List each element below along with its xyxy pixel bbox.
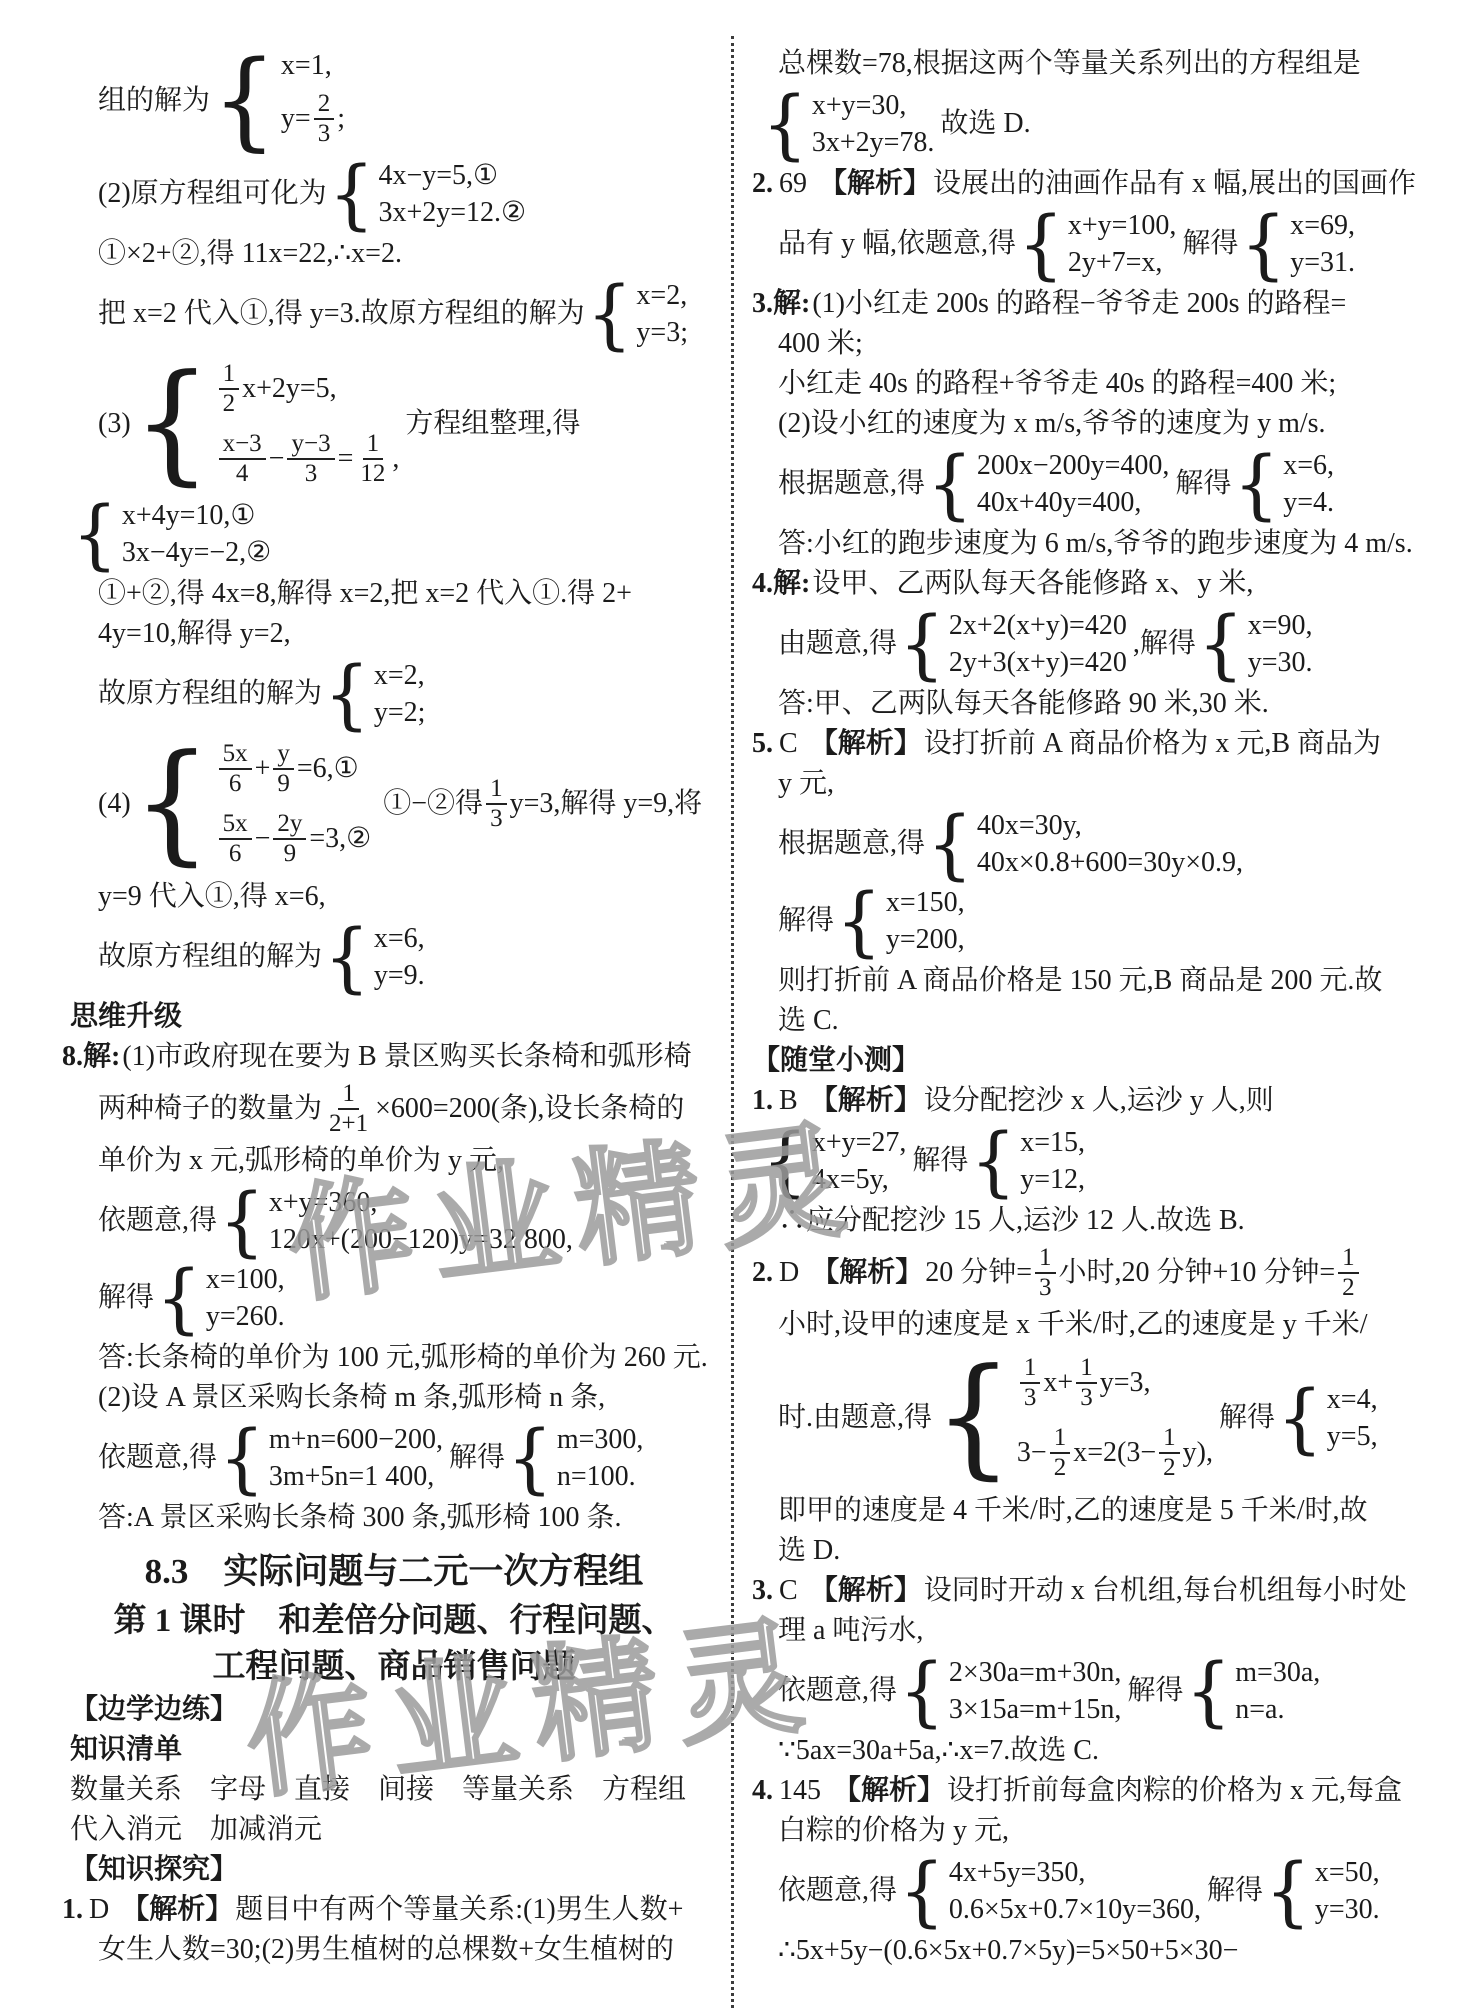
solution-row: 时.由题意,得 13 x+ 13 y=3, 3− 12 x=2(3− 12 y)… [752, 1348, 1442, 1488]
equation-system: x=69, y=31. [1240, 207, 1355, 281]
equation: 13 x+ 13 y=3, [1017, 1354, 1151, 1412]
fraction: 13 [1020, 1354, 1041, 1412]
text-segment: 小时,20 分钟+10 分钟= [1059, 1253, 1336, 1293]
fraction-numerator: 1 [1076, 1354, 1097, 1384]
equation-system: 5x6 + y9 =6,① 5x6 − 2y9 =3,② [133, 734, 372, 874]
text-line: ①+②,得 4x=8,解得 x=2,把 x=2 代入①.得 2+ [62, 574, 726, 614]
text-line: 400 米; [752, 324, 1442, 364]
answer-line: 答:A 景区采购长条椅 300 条,弧形椅 100 条. [62, 1498, 726, 1538]
text-line: 选 C. [752, 1001, 1442, 1041]
solution-row: 由题意,得 2x+2(x+y)=420 2y+3(x+y)=420 ,解得 x=… [752, 607, 1442, 681]
lead-text: 故原方程组的解为 [98, 937, 322, 977]
lead-text: 依题意,得 [98, 1438, 217, 1478]
equation: n=100. [557, 1458, 636, 1495]
text-segment: (1)小红走 200s 的路程−爷爷走 200s 的路程= [812, 288, 1346, 319]
mid-text: 解得 [1219, 1398, 1275, 1438]
answer-letter: C [779, 1575, 798, 1606]
text-segment: 20 分钟= [925, 1253, 1032, 1293]
equation: x=2, [374, 657, 425, 694]
fraction-denominator: 3 [1076, 1384, 1097, 1412]
mid-text: 解得 [912, 1141, 968, 1181]
lead-text: (2)原方程组可化为 [98, 174, 327, 214]
fraction-denominator: 9 [280, 840, 301, 868]
item-number: 2. [752, 1253, 773, 1293]
item-number: 8. [62, 1041, 83, 1072]
item-row: 2.D【解析】 20 分钟= 13 小时,20 分钟+10 分钟= 12 [752, 1244, 1442, 1302]
fraction-numerator: 1 [1338, 1244, 1359, 1274]
fraction-numerator: 5x [219, 740, 252, 770]
bracket-label: 【边学边练】 [62, 1690, 726, 1730]
solution-row: 把 x=2 代入①,得 y=3.故原方程组的解为 x=2, y=3; [62, 277, 726, 351]
equation: x+y=360, [269, 1184, 378, 1221]
fraction-numerator: 1 [486, 775, 507, 805]
text-line: 理 a 吨污水, [752, 1611, 1442, 1651]
fraction: y9 [273, 740, 294, 798]
equation-system: 2×30a=m+30n, 3×15a=m+15n, [899, 1654, 1121, 1728]
text-line: 即甲的速度是 4 千米/时,乙的速度是 5 千米/时,故 [752, 1491, 1442, 1531]
equation-system: x=2, y=2; [324, 657, 425, 731]
equation: 3− 12 x=2(3− 12 y), [1017, 1424, 1213, 1482]
equation: x=1, [281, 47, 332, 84]
fill-in-answers: 代入消元 加减消元 [62, 1810, 726, 1850]
equation: y=30. [1315, 1891, 1380, 1928]
solution-row: 故原方程组的解为 x=2, y=2; [62, 657, 726, 731]
lead-text: 故原方程组的解为 [98, 674, 322, 714]
text-segment: − [255, 824, 271, 855]
fraction: x−34 [219, 430, 266, 488]
text-line: ①×2+②,得 11x=22,∴x=2. [62, 234, 726, 274]
fraction-denominator: 2 [219, 390, 240, 418]
text-segment: x+2y=5, [242, 374, 337, 405]
text-line: ∴应分配挖沙 15 人,运沙 12 人.故选 B. [752, 1201, 1442, 1241]
answer-letter: B [779, 1085, 798, 1116]
mid-text: 解得 [1207, 1871, 1263, 1911]
text-segment: y=3, [1100, 1368, 1151, 1399]
equation-system: x+y=360, 120x+(200−120)y=32 800, [219, 1184, 573, 1258]
lead-text: 把 x=2 代入①,得 y=3.故原方程组的解为 [98, 294, 585, 334]
solution-row: (4) 5x6 + y9 =6,① 5x6 − 2y9 =3,② ①−②得 13 [62, 734, 726, 874]
column-right: 总棵数=78,根据这两个等量关系列出的方程组是 x+y=30, 3x+2y=78… [752, 44, 1442, 1971]
fraction-denominator: 3 [486, 805, 507, 833]
equation-system: x+y=30, 3x+2y=78. [762, 87, 934, 161]
fraction-numerator: 1 [219, 360, 240, 390]
text-segment: 设甲、乙两队每天各能修路 x、y 米, [812, 568, 1253, 599]
lead-text: 解得 [98, 1278, 154, 1318]
fraction-denominator: 3 [301, 460, 322, 488]
trail-text: ①−②得 13 y=3,解得 y=9,将 [383, 775, 702, 833]
fill-in-answers: 数量关系 字母 直接 间接 等量关系 方程组 [62, 1770, 726, 1810]
lesson-heading-cont: 工程问题、商品销售问题 [62, 1644, 726, 1690]
analysis-tag: 【解析】 [121, 1894, 233, 1925]
analysis-tag: 【解析】 [810, 1085, 922, 1116]
fraction-numerator: 1 [338, 1080, 359, 1110]
text-segment: 3− [1017, 1438, 1047, 1469]
fraction: 12 [1159, 1424, 1180, 1482]
solution-row: 依题意,得 x+y=360, 120x+(200−120)y=32 800, [62, 1184, 726, 1258]
item-line: 2.69【解析】设展出的油画作品有 x 幅,展出的国画作 [752, 164, 1442, 204]
fraction: 12+1 [325, 1080, 372, 1138]
analysis-tag: 【解析】 [819, 168, 931, 199]
equation: m=300, [557, 1421, 644, 1458]
equation-system: m+n=600−200, 3m+5n=1 400, [219, 1421, 443, 1495]
bracket-label: 【随堂小测】 [752, 1041, 1442, 1081]
equation: y=12, [1020, 1161, 1085, 1198]
equation: y=30. [1248, 644, 1313, 681]
answer-line: 答:小红的跑步速度为 6 m/s,爷爷的跑步速度为 4 m/s. [752, 524, 1442, 564]
equation: 5x6 − 2y9 =3,② [216, 810, 372, 868]
analysis-tag: 【解析】 [811, 1253, 923, 1293]
text-segment: ①−②得 [383, 784, 483, 824]
text-segment: 设打折前 A 商品价格为 x 元,B 商品为 [924, 728, 1381, 759]
equation: x=6, [1283, 447, 1334, 484]
fraction-numerator: 2 [314, 90, 335, 120]
equation: x=50, [1315, 1854, 1380, 1891]
mid-text: 解得 [1182, 224, 1238, 264]
equation: 40x×0.8+600=30y×0.9, [977, 844, 1243, 881]
fraction: 112 [356, 430, 389, 488]
equation-system: x=100, y=260. [156, 1261, 285, 1335]
text-segment: y=3,解得 y=9,将 [510, 784, 703, 824]
equation: 2x+2(x+y)=420 [949, 607, 1127, 644]
equation: 120x+(200−120)y=32 800, [269, 1221, 573, 1258]
text-segment: − [269, 444, 285, 475]
fraction: 13 [1035, 1244, 1056, 1302]
equation: m=30a, [1235, 1654, 1320, 1691]
text-line: 总棵数=78,根据这两个等量关系列出的方程组是 [752, 44, 1442, 84]
text-line: (2)设 A 景区采购长条椅 m 条,弧形椅 n 条, [62, 1378, 726, 1418]
equation-system: 4x−y=5,① 3x+2y=12.② [329, 157, 527, 231]
equation: 40x+40y=400, [977, 484, 1142, 521]
equation-system: x+4y=10,① 3x−4y=−2,② [72, 497, 271, 571]
text-line: y 元, [752, 764, 1442, 804]
fraction: 13 [1076, 1354, 1097, 1412]
equation: 3x+2y=12.② [378, 194, 526, 231]
text-line: 白粽的价格为 y 元, [752, 1811, 1442, 1851]
answer-value: 69 [779, 168, 807, 199]
equation: 3m+5n=1 400, [269, 1458, 434, 1495]
analysis-tag: 【解析】 [810, 728, 922, 759]
equation-system: 200x−200y=400, 40x+40y=400, [927, 447, 1169, 521]
answer-line: 答:长条椅的单价为 100 元,弧形椅的单价为 260 元. [62, 1338, 726, 1378]
item-number: 2. [752, 168, 773, 199]
equation: 4x−y=5,① [378, 157, 498, 194]
text-line: 女生人数=30;(2)男生植树的总棵数+女生植树的 [62, 1930, 726, 1970]
equation: y=260. [206, 1298, 285, 1335]
equation: 2y+7=x, [1068, 244, 1163, 281]
equation-system: x+y=27, 4x=5y, [762, 1124, 906, 1198]
fraction-numerator: 1 [1159, 1424, 1180, 1454]
lead-text: 依题意,得 [778, 1671, 897, 1711]
equation-system: 13 x+ 13 y=3, 3− 12 x=2(3− 12 y), [934, 1348, 1213, 1488]
text-segment: ; [337, 104, 345, 135]
fraction-denominator: 2 [1159, 1454, 1180, 1482]
solution-row: (3) 12 x+2y=5, x−34 − y−33 = 112 , 方程组整理… [62, 354, 726, 494]
item-line: 5.C【解析】设打折前 A 商品价格为 x 元,B 商品为 [752, 724, 1442, 764]
equation: y=31. [1290, 244, 1355, 281]
text-line: 则打折前 A 商品价格是 150 元,B 商品是 200 元.故 [752, 961, 1442, 1001]
lead-text: 依题意,得 [98, 1201, 217, 1241]
lead-text: 根据题意,得 [778, 824, 925, 864]
section-heading: 8.3 实际问题与二元一次方程组 [62, 1546, 726, 1598]
lead-text: (3) [98, 404, 131, 444]
solution-row: 解得 x=100, y=260. [62, 1261, 726, 1335]
equation: y=4. [1283, 484, 1334, 521]
answer-line: 答:甲、乙两队每天各能修路 90 米,30 米. [752, 684, 1442, 724]
text-line: y=9 代入①,得 x=6, [62, 877, 726, 917]
solution-row: 解得 x=150, y=200, [752, 884, 1442, 958]
text-line: (2)设小红的速度为 x m/s,爷爷的速度为 y m/s. [752, 404, 1442, 444]
lead-text: 两种椅子的数量为 [98, 1089, 322, 1129]
item-number: 5. [752, 728, 773, 759]
equation-system: x=6, y=4. [1233, 447, 1334, 521]
lead-text: (4) [98, 784, 131, 824]
equation-system: x=6, y=9. [324, 920, 425, 994]
equation: y=3; [636, 314, 688, 351]
fraction: 5x6 [219, 810, 252, 868]
subsection-label: 思维升级 [62, 997, 726, 1037]
fraction-denominator: 3 [314, 120, 335, 148]
column-left: 组的解为 x=1, y= 23 ; (2)原方程组可化为 4x−y=5,① 3x… [62, 44, 726, 1970]
fraction-numerator: 1 [363, 430, 384, 460]
fraction: 12 [219, 360, 240, 418]
item-number: 1. [62, 1894, 83, 1925]
text-segment: + [255, 754, 271, 785]
answer-letter: D [89, 1894, 109, 1925]
text-segment: x+ [1043, 1368, 1073, 1399]
trail-text: 方程组整理,得 [405, 404, 580, 444]
text-segment: =6,① [297, 754, 359, 785]
equation: x=90, [1248, 607, 1313, 644]
text-segment: 设展出的油画作品有 x 幅,展出的国画作 [933, 168, 1416, 199]
mid-text: 解得 [1175, 464, 1231, 504]
solution-row: 根据题意,得 200x−200y=400, 40x+40y=400, 解得 x=… [752, 447, 1442, 521]
equation: 0.6×5x+0.7×10y=360, [949, 1891, 1201, 1928]
mid-text: 解得 [449, 1438, 505, 1478]
text-segment: 设分配挖沙 x 人,运沙 y 人,则 [924, 1085, 1274, 1116]
text-line: 小红走 40s 的路程+爷爷走 40s 的路程=400 米; [752, 364, 1442, 404]
equation-system: 2x+2(x+y)=420 2y+3(x+y)=420 [899, 607, 1127, 681]
fraction-denominator: 4 [232, 460, 253, 488]
item-line: 3.C【解析】设同时开动 x 台机组,每台机组每小时处 [752, 1571, 1442, 1611]
equation-system: 12 x+2y=5, x−34 − y−33 = 112 , [133, 354, 400, 494]
text-segment: y= [281, 104, 311, 135]
fraction-denominator: 2 [1338, 1274, 1359, 1302]
fraction-numerator: 1 [1050, 1424, 1071, 1454]
equation: x+y=30, [812, 87, 907, 124]
equation: 3×15a=m+15n, [949, 1691, 1122, 1728]
column-divider [731, 36, 734, 2008]
bracket-label: 【知识探究】 [62, 1850, 726, 1890]
text-line: 小时,设甲的速度是 x 千米/时,乙的速度是 y 千米/ [752, 1305, 1442, 1345]
fraction-denominator: 2 [1050, 1454, 1071, 1482]
fraction-numerator: 1 [1020, 1354, 1041, 1384]
item-line: 3.解:(1)小红走 200s 的路程−爷爷走 200s 的路程= [752, 284, 1442, 324]
analysis-tag: 【解析】 [810, 1575, 922, 1606]
mid-text: ,解得 [1133, 624, 1196, 664]
fraction: 13 [486, 775, 507, 833]
equation-system: 40x=30y, 40x×0.8+600=30y×0.9, [927, 807, 1243, 881]
equation: 3x+2y=78. [812, 124, 935, 161]
equation: y=200, [886, 921, 965, 958]
trail-text: 故选 D. [940, 104, 1030, 144]
text-line: ∴5x+5y−(0.6×5x+0.7×5y)=5×50+5×30− [752, 1931, 1442, 1971]
item-line: 1.D【解析】题目中有两个等量关系:(1)男生人数+ [62, 1890, 726, 1930]
lead-text: 解得 [778, 901, 834, 941]
solution-row: x+y=30, 3x+2y=78. 故选 D. [752, 87, 1442, 161]
item-line: 4.解:设甲、乙两队每天各能修路 x、y 米, [752, 564, 1442, 604]
fraction: 12 [1050, 1424, 1071, 1482]
answer-letter: D [779, 1253, 799, 1293]
text-segment: = [338, 444, 354, 475]
equation: n=a. [1235, 1691, 1284, 1728]
equation: x=69, [1290, 207, 1355, 244]
text-segment: 设同时开动 x 台机组,每台机组每小时处 [924, 1575, 1407, 1606]
fraction-denominator: 2+1 [325, 1110, 372, 1138]
equation-system: x=4, y=5, [1277, 1381, 1378, 1455]
equation: 3x−4y=−2,② [122, 534, 271, 571]
solution-row: 依题意,得 2×30a=m+30n, 3×15a=m+15n, 解得 m=30a… [752, 1654, 1442, 1728]
equation-system: 4x+5y=350, 0.6×5x+0.7×10y=360, [899, 1854, 1201, 1928]
text-line: ∵5ax=30a+5a,∴x=7.故选 C. [752, 1731, 1442, 1771]
fraction-denominator: 3 [1035, 1274, 1056, 1302]
solution-row: (2)原方程组可化为 4x−y=5,① 3x+2y=12.② [62, 157, 726, 231]
text-segment: y), [1183, 1438, 1213, 1469]
item-line: 4.145【解析】设打折前每盒肉粽的价格为 x 元,每盒 [752, 1771, 1442, 1811]
lead-text: 由题意,得 [778, 624, 897, 664]
equation: 5x6 + y9 =6,① [216, 740, 359, 798]
equation: 2y+3(x+y)=420 [949, 644, 1127, 681]
equation-system: x=1, y= 23 ; [212, 47, 345, 154]
text-line: 选 D. [752, 1531, 1442, 1571]
equation-system: x=15, y=12, [970, 1124, 1085, 1198]
equation-system: m=30a, n=a. [1185, 1654, 1320, 1728]
item-number: 4. [752, 568, 773, 599]
equation: x=4, [1327, 1381, 1378, 1418]
solution-row: 依题意,得 4x+5y=350, 0.6×5x+0.7×10y=360, 解得 … [752, 1854, 1442, 1928]
text-line: 4y=10,解得 y=2, [62, 614, 726, 654]
equation: y=9. [374, 957, 425, 994]
lead-text: 依题意,得 [778, 1871, 897, 1911]
fraction: 5x6 [219, 740, 252, 798]
equation: 200x−200y=400, [977, 447, 1170, 484]
lead-text: 品有 y 幅,依题意,得 [778, 224, 1016, 264]
lead-text: 时.由题意,得 [778, 1398, 932, 1438]
item-number: 1. [752, 1085, 773, 1116]
equation-system: x=90, y=30. [1198, 607, 1313, 681]
fraction-denominator: 3 [1020, 1384, 1041, 1412]
fraction-denominator: 12 [356, 460, 389, 488]
trail-text: ×600=200(条),设长条椅的 [375, 1089, 684, 1129]
fraction-numerator: 1 [1035, 1244, 1056, 1274]
equation: m+n=600−200, [269, 1421, 443, 1458]
item-line: 1.B【解析】设分配挖沙 x 人,运沙 y 人,则 [752, 1081, 1442, 1121]
solution-row: 根据题意,得 40x=30y, 40x×0.8+600=30y×0.9, [752, 807, 1442, 881]
equation: 40x=30y, [977, 807, 1082, 844]
equation-system: x=2, y=3; [587, 277, 688, 351]
text-segment: 题目中有两个等量关系:(1)男生人数+ [235, 1894, 683, 1925]
equation-system: x+y=100, 2y+7=x, [1018, 207, 1176, 281]
equation: 12 x+2y=5, [216, 360, 337, 418]
solution-row: x+4y=10,① 3x−4y=−2,② [62, 497, 726, 571]
solution-row: 组的解为 x=1, y= 23 ; [62, 47, 726, 154]
equation: x+y=100, [1068, 207, 1177, 244]
fraction-numerator: x−3 [219, 430, 266, 460]
lead-text: 组的解为 [98, 81, 210, 121]
equation: 2×30a=m+30n, [949, 1654, 1122, 1691]
text-segment: =3,② [309, 824, 371, 855]
analysis-tag: 【解析】 [833, 1775, 945, 1806]
equation: x+4y=10,① [122, 497, 256, 534]
text-segment: , [392, 444, 399, 475]
equation: 4x+5y=350, [949, 1854, 1086, 1891]
equation: y= 23 ; [281, 90, 345, 148]
text-segment: x=2(3− [1073, 1438, 1156, 1469]
answer-value: 145 [779, 1775, 821, 1806]
fraction-numerator: y−3 [287, 430, 334, 460]
solution-row: 品有 y 幅,依题意,得 x+y=100, 2y+7=x, 解得 x=69, y… [752, 207, 1442, 281]
equation-system: m=300, n=100. [507, 1421, 643, 1495]
scanned-answer-page: 组的解为 x=1, y= 23 ; (2)原方程组可化为 4x−y=5,① 3x… [0, 0, 1469, 2008]
fraction-numerator: y [273, 740, 294, 770]
lead-text: 根据题意,得 [778, 464, 925, 504]
fraction-denominator: 6 [225, 840, 246, 868]
text-line: 单价为 x 元,弧形椅的单价为 y 元, [62, 1141, 726, 1181]
equation: x+y=27, [812, 1124, 907, 1161]
equation: x−34 − y−33 = 112 , [216, 430, 400, 488]
fraction: 2y9 [273, 810, 306, 868]
fraction-numerator: 2y [273, 810, 306, 840]
lesson-heading: 第 1 课时 和差倍分问题、行程问题、 [62, 1598, 726, 1644]
item-number: 3. [752, 1575, 773, 1606]
fraction: 23 [314, 90, 335, 148]
text-row: 两种椅子的数量为 12+1 ×600=200(条),设长条椅的 [62, 1080, 726, 1138]
item-number: 4. [752, 1775, 773, 1806]
mid-text: 解得 [1127, 1671, 1183, 1711]
fraction: y−33 [287, 430, 334, 488]
fraction-denominator: 9 [273, 770, 294, 798]
text-segment: (1)市政府现在要为 B 景区购买长条椅和弧形椅 [122, 1041, 691, 1072]
solution-row: x+y=27, 4x=5y, 解得 x=15, y=12, [752, 1124, 1442, 1198]
answer-letter: C [779, 728, 798, 759]
equation: x=100, [206, 1261, 285, 1298]
solution-row: 依题意,得 m+n=600−200, 3m+5n=1 400, 解得 m=300… [62, 1421, 726, 1495]
equation-system: x=50, y=30. [1265, 1854, 1380, 1928]
fraction-numerator: 5x [219, 810, 252, 840]
item-line: 8.解:(1)市政府现在要为 B 景区购买长条椅和弧形椅 [62, 1037, 726, 1077]
fraction: 12 [1338, 1244, 1359, 1302]
equation: y=5, [1327, 1418, 1378, 1455]
equation-system: x=150, y=200, [836, 884, 965, 958]
equation: x=2, [636, 277, 687, 314]
solution-row: 故原方程组的解为 x=6, y=9. [62, 920, 726, 994]
equation: y=2; [374, 694, 426, 731]
equation: 4x=5y, [812, 1161, 889, 1198]
equation: x=6, [374, 920, 425, 957]
fraction-denominator: 6 [225, 770, 246, 798]
solve-tag: 解: [773, 288, 810, 319]
knowledge-list-label: 知识清单 [62, 1730, 726, 1770]
solve-tag: 解: [773, 568, 810, 599]
equation: x=15, [1020, 1124, 1085, 1161]
item-number: 3. [752, 288, 773, 319]
equation: x=150, [886, 884, 965, 921]
solve-tag: 解: [83, 1041, 120, 1072]
text-segment: 设打折前每盒肉粽的价格为 x 元,每盒 [947, 1775, 1402, 1806]
